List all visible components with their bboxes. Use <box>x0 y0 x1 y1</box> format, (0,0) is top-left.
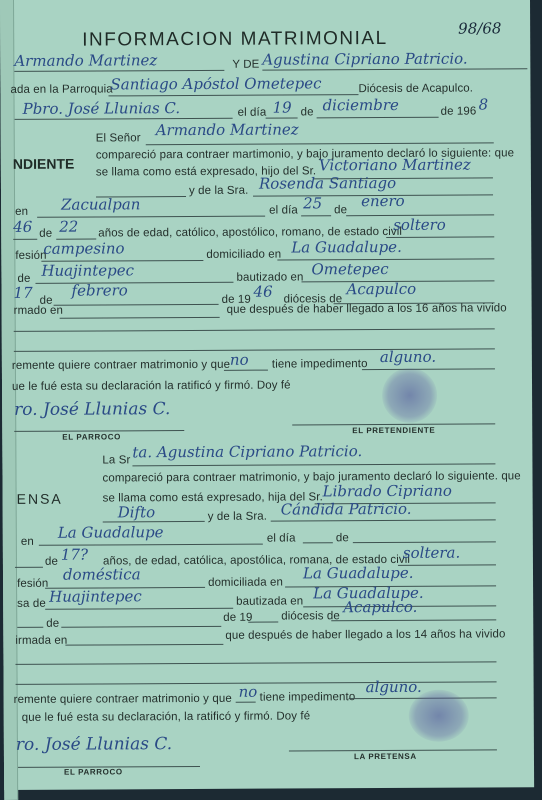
impedimento-label-2: tiene impedimento <box>260 691 356 704</box>
ratifico-text: ue le fué esta su declaración la ratific… <box>12 379 291 392</box>
domicilio-value-2: La Guadalupe. <box>303 564 414 583</box>
de-label-3: de <box>39 228 52 240</box>
confirmado-label: rmado en <box>14 305 63 317</box>
senora-value: ta. Agustina Cipriano Patricio. <box>132 442 362 461</box>
diocesis-header-label: Diócesis de Acapulco. <box>358 83 473 96</box>
de-label-7: de <box>46 618 59 630</box>
el-dia-label-2: el día <box>269 204 298 216</box>
diocesis-value: Acapulco <box>346 280 416 298</box>
origen-line <box>35 282 233 284</box>
parroco-label-1: EL PARROCO <box>62 432 121 441</box>
bapt-day-value: 17 <box>13 284 32 302</box>
madre-label-2: y de la Sra. <box>208 511 267 523</box>
bautizado-value: Ometepec <box>311 260 388 278</box>
madre-label: y de la Sra. <box>189 185 248 197</box>
parroco-signature-2: ro. José Llunias C. <box>16 734 172 755</box>
month-value: diciembre <box>323 96 399 114</box>
origen-value: Huajintepec <box>41 261 134 279</box>
parroquia-label: ada en la Parroquia <box>10 83 112 96</box>
bapt-month-value: febrero <box>71 281 127 299</box>
pretensa-label: LA PRETENSA <box>354 752 417 761</box>
form-page: INFORMACION MATRIMONIAL 98/68 Armando Ma… <box>0 0 534 790</box>
form-title: INFORMACION MATRIMONIAL <box>82 28 388 52</box>
birth-year-line-2 <box>15 567 43 568</box>
month-line <box>317 117 439 119</box>
senora-line <box>132 463 495 466</box>
age-value: 22 <box>59 218 78 236</box>
libremente-text-2: remente quiere contraer matrimonio y que <box>14 693 232 706</box>
parroquia-value: Santiago Apóstol Ometepec <box>110 74 321 93</box>
senor-label: El Señor <box>96 132 141 144</box>
confirmado-text: que después de haber llegado a los 16 añ… <box>227 302 507 315</box>
priest-line <box>15 118 233 120</box>
civil-status-line <box>386 236 494 238</box>
origen-value-2: Huajintepec <box>49 587 142 605</box>
parroco-label-2: EL PARROCO <box>64 767 123 776</box>
no-line-2 <box>236 702 256 703</box>
profesion-value: campesino <box>43 239 124 257</box>
impedimento-line <box>362 368 495 370</box>
groom-name-line <box>14 70 224 72</box>
de-label: de <box>301 106 314 118</box>
day-line <box>266 117 298 118</box>
age-value-2: 17? <box>61 546 88 564</box>
bapt-year-value: 46 <box>253 283 272 301</box>
parroquia-line <box>109 94 359 96</box>
libremente-text: remente quiere contraer matrimonio y que <box>12 359 230 372</box>
domicilio-label-2: domiciliada en <box>208 577 283 589</box>
birth-year-value: 46 <box>13 218 32 236</box>
father-value-2: Librado Cipriano <box>323 482 452 501</box>
thumbprint-pretensa <box>409 690 469 742</box>
bride-name-header: Agustina Cipriano Patricio. <box>262 50 467 69</box>
origen-line-2 <box>45 608 233 610</box>
mother-value-2: Cándida Patricio. <box>281 500 412 519</box>
el-dia-label: el día <box>238 107 267 119</box>
bapt-month-line-2 <box>61 626 221 628</box>
bapt-day-line-2 <box>17 627 43 628</box>
confirmada-text: que después de haber llegado a los 14 añ… <box>225 628 505 641</box>
pretendiente-label: EL PRETENDIENTE <box>352 426 435 435</box>
father-status-value: Difto <box>118 503 156 521</box>
no-value-2: no <box>239 683 258 701</box>
birth-day-value: 25 <box>303 194 322 212</box>
diocesis-value-2: Acapulco. <box>343 598 417 616</box>
birth-day-line <box>301 215 331 216</box>
de-label-5: de <box>336 532 349 544</box>
birthplace-value: Zacualpan <box>61 195 140 213</box>
profesion-value-2: doméstica <box>63 565 141 583</box>
blank-line-3 <box>15 661 496 665</box>
confirmada-line <box>65 644 223 646</box>
father-value: Victoriano Martinez <box>319 156 471 175</box>
ratifico-text-2: que le fué esta su declaración, la ratif… <box>22 710 310 724</box>
birth-day-line-2 <box>303 542 333 543</box>
pretendiente-section-label: NDIENTE <box>13 156 75 172</box>
domicilio-label: domiciliado en <box>206 249 281 261</box>
bapt-year-line-2 <box>248 622 278 623</box>
no-value: no <box>230 351 249 369</box>
bautizada-label: bautizada en <box>236 595 303 607</box>
impedimento-value: alguno. <box>380 348 436 366</box>
mother-value: Rosenda Santiago <box>259 174 396 193</box>
en-label-2: en <box>21 536 34 548</box>
profesion-label-2: fesión <box>17 578 48 590</box>
no-line <box>224 370 268 371</box>
pretensa-section-label: ENSA <box>17 491 63 507</box>
comparecio-text-2: compareció para contraer matrimonio, y b… <box>102 470 520 484</box>
priest-value: Pbro. José Llunias C. <box>23 99 181 118</box>
parroco-signature-1: ro. José Llunias C. <box>14 399 170 420</box>
birth-year-line <box>13 239 37 240</box>
folio-number: 98/68 <box>458 19 501 37</box>
senor-line <box>146 142 494 145</box>
senor-value: Armando Martinez <box>156 120 299 139</box>
el-dia-label-3: el día <box>267 532 296 544</box>
blank-line-1 <box>14 328 495 332</box>
en-label: en <box>15 206 28 218</box>
senora-label: La Sr <box>102 454 130 466</box>
day-value: 19 <box>273 98 292 116</box>
civil-status-value-2: soltera. <box>403 544 460 562</box>
de-label-6: de <box>45 556 58 568</box>
impedimento-label: tiene impedimento <box>272 358 368 371</box>
birthplace-value-2: La Guadalupe <box>58 523 164 542</box>
year-label: de 196 <box>441 106 477 118</box>
groom-name-header: Armando Martinez <box>14 51 157 70</box>
y-de-label: Y DE <box>232 59 259 71</box>
bapt-month-line <box>54 304 219 306</box>
origen-label-2: sa de <box>17 598 46 610</box>
domicilio-value: La Guadalupe. <box>291 238 402 257</box>
thumbprint-pretendiente <box>382 368 437 423</box>
diocesis-line-2 <box>331 619 496 621</box>
bride-name-line <box>262 68 527 70</box>
impedimento-value-2: alguno. <box>366 678 422 696</box>
mother-line-2 <box>271 519 496 521</box>
civil-status-value: soltero <box>393 216 446 234</box>
confirmado-line <box>60 317 220 319</box>
birth-month-value: enero <box>361 192 405 210</box>
confirmada-label: irmada en <box>15 635 67 647</box>
year-value: 8 <box>479 95 489 113</box>
